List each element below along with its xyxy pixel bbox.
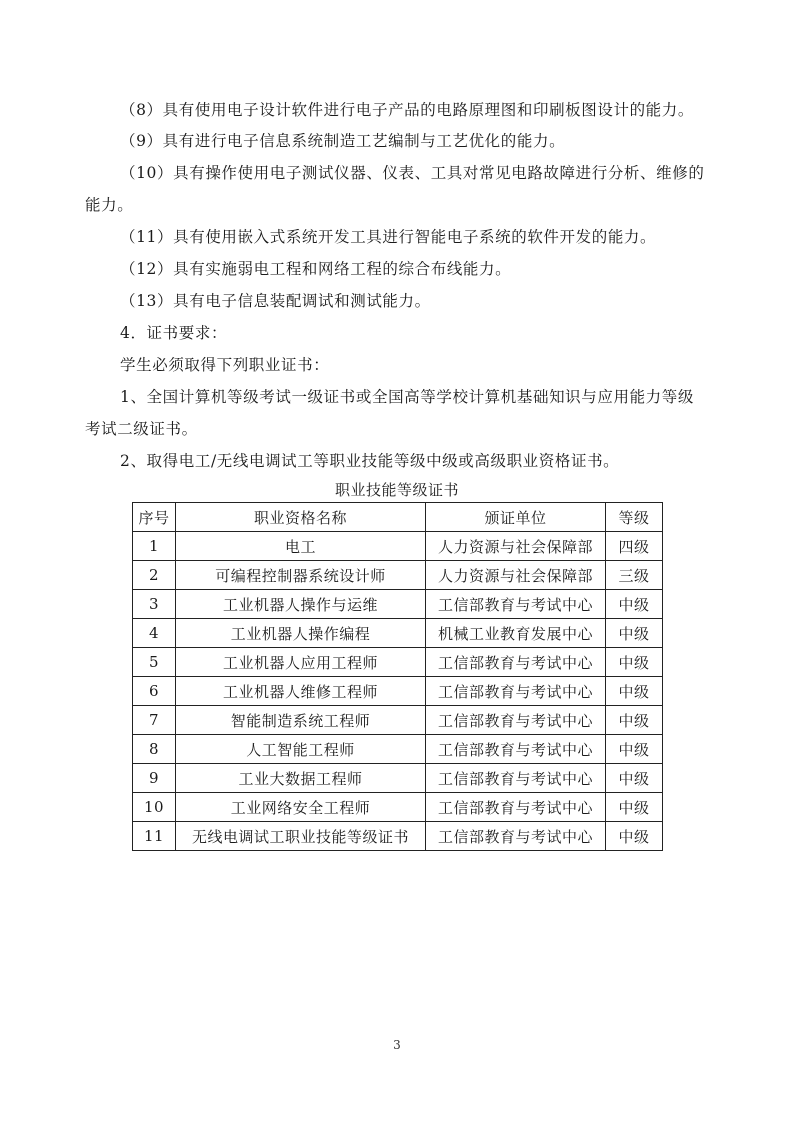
cell-index: 7 — [133, 706, 176, 735]
cell-issuing-authority: 工信部教育与考试中心 — [426, 764, 606, 793]
cell-qualification-name: 工业网络安全工程师 — [176, 793, 426, 822]
paragraph-item-10-line1: （10）具有操作使用电子测试仪器、仪表、工具对常见电路故障进行分析、维修的 — [120, 163, 750, 183]
header-index: 序号 — [133, 503, 176, 532]
cell-level: 中级 — [606, 764, 663, 793]
cell-index: 6 — [133, 677, 176, 706]
cell-level: 中级 — [606, 735, 663, 764]
cell-index: 3 — [133, 590, 176, 619]
cell-issuing-authority: 工信部教育与考试中心 — [426, 590, 606, 619]
cell-qualification-name: 无线电调试工职业技能等级证书 — [176, 822, 426, 851]
cell-issuing-authority: 人力资源与社会保障部 — [426, 532, 606, 561]
cell-issuing-authority: 机械工业教育发展中心 — [426, 619, 606, 648]
table-row: 11 无线电调试工职业技能等级证书 工信部教育与考试中心 中级 — [133, 822, 663, 851]
paragraph-item-13: （13）具有电子信息装配调试和测试能力。 — [120, 291, 750, 311]
cell-qualification-name: 工业机器人操作与运维 — [176, 590, 426, 619]
cell-level: 三级 — [606, 561, 663, 590]
cell-level: 中级 — [606, 822, 663, 851]
table-row: 8 人工智能工程师 工信部教育与考试中心 中级 — [133, 735, 663, 764]
cell-qualification-name: 工业机器人操作编程 — [176, 619, 426, 648]
cell-index: 9 — [133, 764, 176, 793]
table-caption: 职业技能等级证书 — [132, 480, 662, 500]
cell-index: 2 — [133, 561, 176, 590]
table-row: 2 可编程控制器系统设计师 人力资源与社会保障部 三级 — [133, 561, 663, 590]
cell-level: 中级 — [606, 648, 663, 677]
cell-qualification-name: 可编程控制器系统设计师 — [176, 561, 426, 590]
header-level: 等级 — [606, 503, 663, 532]
cell-issuing-authority: 工信部教育与考试中心 — [426, 822, 606, 851]
cell-index: 8 — [133, 735, 176, 764]
paragraph-requirement-2: 2、取得电工/无线电调试工等职业技能等级中级或高级职业资格证书。 — [120, 451, 750, 471]
header-issuing-authority: 颁证单位 — [426, 503, 606, 532]
paragraph-item-9: （9）具有进行电子信息系统制造工艺编制与工艺优化的能力。 — [120, 131, 750, 151]
cell-issuing-authority: 工信部教育与考试中心 — [426, 677, 606, 706]
cell-level: 中级 — [606, 590, 663, 619]
section-heading-certificates: 4．证书要求： — [120, 323, 750, 343]
table-row: 1 电工 人力资源与社会保障部 四级 — [133, 532, 663, 561]
cell-level: 四级 — [606, 532, 663, 561]
cell-index: 11 — [133, 822, 176, 851]
cell-issuing-authority: 工信部教育与考试中心 — [426, 648, 606, 677]
header-qualification-name: 职业资格名称 — [176, 503, 426, 532]
paragraph-item-11: （11）具有使用嵌入式系统开发工具进行智能电子系统的软件开发的能力。 — [120, 227, 750, 247]
cell-index: 5 — [133, 648, 176, 677]
cell-qualification-name: 工业机器人维修工程师 — [176, 677, 426, 706]
document-page: （8）具有使用电子设计软件进行电子产品的电路原理图和印刷板图设计的能力。 （9）… — [0, 0, 794, 1123]
table-row: 6 工业机器人维修工程师 工信部教育与考试中心 中级 — [133, 677, 663, 706]
cell-level: 中级 — [606, 677, 663, 706]
paragraph-item-10-line2: 能力。 — [85, 195, 715, 215]
cell-qualification-name: 人工智能工程师 — [176, 735, 426, 764]
paragraph-item-12: （12）具有实施弱电工程和网络工程的综合布线能力。 — [120, 259, 750, 279]
paragraph-requirement-1-line2: 考试二级证书。 — [85, 419, 715, 439]
cell-issuing-authority: 工信部教育与考试中心 — [426, 706, 606, 735]
table-header-row: 序号 职业资格名称 颁证单位 等级 — [133, 503, 663, 532]
table-row: 7 智能制造系统工程师 工信部教育与考试中心 中级 — [133, 706, 663, 735]
page-number: 3 — [0, 1038, 794, 1052]
certificate-table: 序号 职业资格名称 颁证单位 等级 1 电工 人力资源与社会保障部 四级 2 可… — [132, 502, 663, 851]
table-row: 4 工业机器人操作编程 机械工业教育发展中心 中级 — [133, 619, 663, 648]
table-row: 5 工业机器人应用工程师 工信部教育与考试中心 中级 — [133, 648, 663, 677]
table-row: 3 工业机器人操作与运维 工信部教育与考试中心 中级 — [133, 590, 663, 619]
cell-level: 中级 — [606, 793, 663, 822]
cell-qualification-name: 工业大数据工程师 — [176, 764, 426, 793]
table-row: 10 工业网络安全工程师 工信部教育与考试中心 中级 — [133, 793, 663, 822]
paragraph-requirement-1-line1: 1、全国计算机等级考试一级证书或全国高等学校计算机基础知识与应用能力等级 — [120, 387, 750, 407]
cell-issuing-authority: 工信部教育与考试中心 — [426, 793, 606, 822]
cell-level: 中级 — [606, 619, 663, 648]
paragraph-requirement-intro: 学生必须取得下列职业证书： — [120, 355, 750, 375]
cell-index: 4 — [133, 619, 176, 648]
cell-index: 1 — [133, 532, 176, 561]
paragraph-item-8: （8）具有使用电子设计软件进行电子产品的电路原理图和印刷板图设计的能力。 — [120, 100, 750, 120]
cell-qualification-name: 电工 — [176, 532, 426, 561]
table-row: 9 工业大数据工程师 工信部教育与考试中心 中级 — [133, 764, 663, 793]
cell-issuing-authority: 工信部教育与考试中心 — [426, 735, 606, 764]
cell-qualification-name: 工业机器人应用工程师 — [176, 648, 426, 677]
cell-issuing-authority: 人力资源与社会保障部 — [426, 561, 606, 590]
cell-qualification-name: 智能制造系统工程师 — [176, 706, 426, 735]
cell-index: 10 — [133, 793, 176, 822]
cell-level: 中级 — [606, 706, 663, 735]
